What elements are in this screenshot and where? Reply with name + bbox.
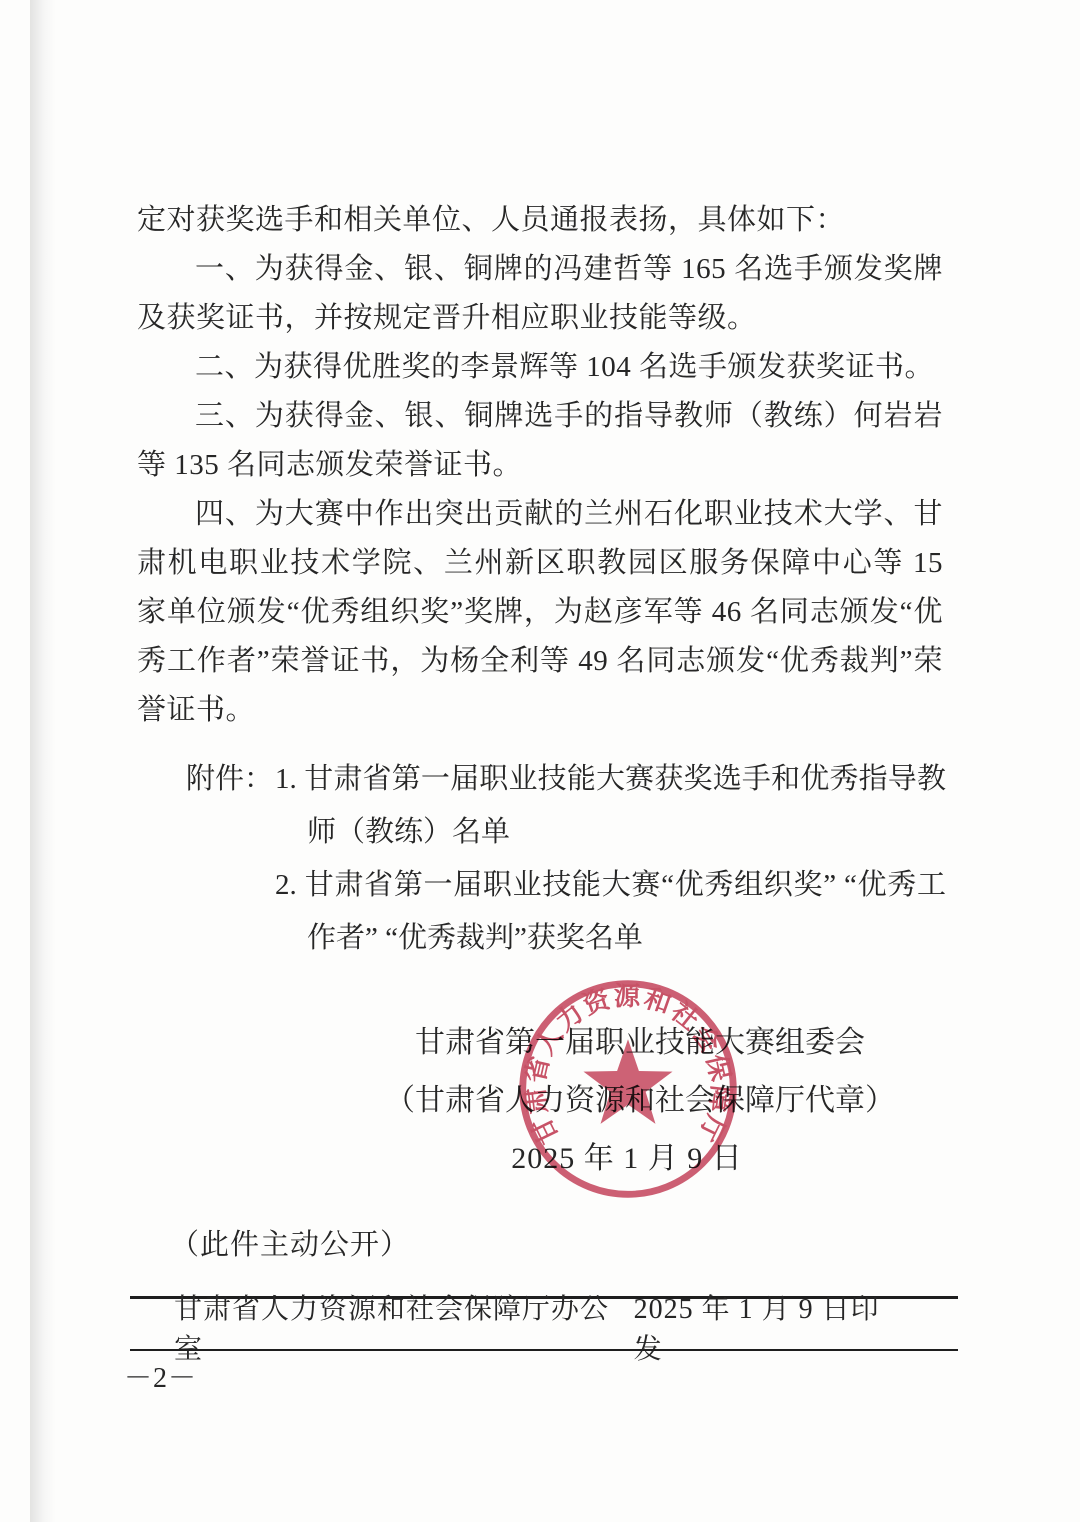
attachment-item-1: 1. 甘肃省第一届职业技能大赛获奖选手和优秀指导教师（教练）名单 <box>275 753 946 859</box>
attachment-item-2: 2. 甘肃省第一届职业技能大赛“优秀组织奖” “优秀工作者” “优秀裁判”获奖名… <box>275 859 946 965</box>
page-number: －2－ <box>124 1356 197 1396</box>
attachment-items: 1. 甘肃省第一届职业技能大赛获奖选手和优秀指导教师（教练）名单 2. 甘肃省第… <box>275 753 946 965</box>
footer-rule-bottom <box>130 1349 958 1351</box>
footer-office: 甘肃省人力资源和社会保障厅办公室 <box>174 1287 634 1367</box>
footer-row: 甘肃省人力资源和社会保障厅办公室 2025 年 1 月 9 日印发 <box>130 1307 958 1347</box>
paragraph: 定对获奖选手和相关单位、人员通报表扬，具体如下： <box>137 196 943 245</box>
body-text: 定对获奖选手和相关单位、人员通报表扬，具体如下： 一、为获得金、银、铜牌的冯建哲… <box>137 196 943 735</box>
page-edge-shadow <box>30 0 56 1522</box>
signature-organization: 甘肃省第一届职业技能大赛组委会 <box>200 1014 1080 1072</box>
paragraph: 二、为获得优胜奖的李景辉等 104 名选手颁发获奖证书。 <box>137 343 943 392</box>
signature-block: 甘肃省第一届职业技能大赛组委会 （甘肃省人力资源和社会保障厅代章） 2025 年… <box>200 1014 1080 1188</box>
attachment-list: 附件： 1. 甘肃省第一届职业技能大赛获奖选手和优秀指导教师（教练）名单 2. … <box>186 753 946 965</box>
paragraph: 一、为获得金、银、铜牌的冯建哲等 165 名选手颁发奖牌及获奖证书，并按规定晋升… <box>137 245 943 343</box>
disclosure-note: （此件主动公开） <box>170 1222 410 1263</box>
footer-issue-date: 2025 年 1 月 9 日印发 <box>634 1287 906 1367</box>
attachment-label: 附件： <box>186 753 273 806</box>
paragraph: 四、为大赛中作出突出贡献的兰州石化职业技术大学、甘肃机电职业技术学院、兰州新区职… <box>137 490 943 735</box>
paragraph: 三、为获得金、银、铜牌选手的指导教师（教练）何岩岩等 135 名同志颁发荣誉证书… <box>137 392 943 490</box>
signature-on-behalf: （甘肃省人力资源和社会保障厅代章） <box>200 1072 1080 1130</box>
document-page: 定对获奖选手和相关单位、人员通报表扬，具体如下： 一、为获得金、银、铜牌的冯建哲… <box>0 0 1080 1522</box>
signature-date: 2025 年 1 月 9 日 <box>200 1130 1054 1188</box>
